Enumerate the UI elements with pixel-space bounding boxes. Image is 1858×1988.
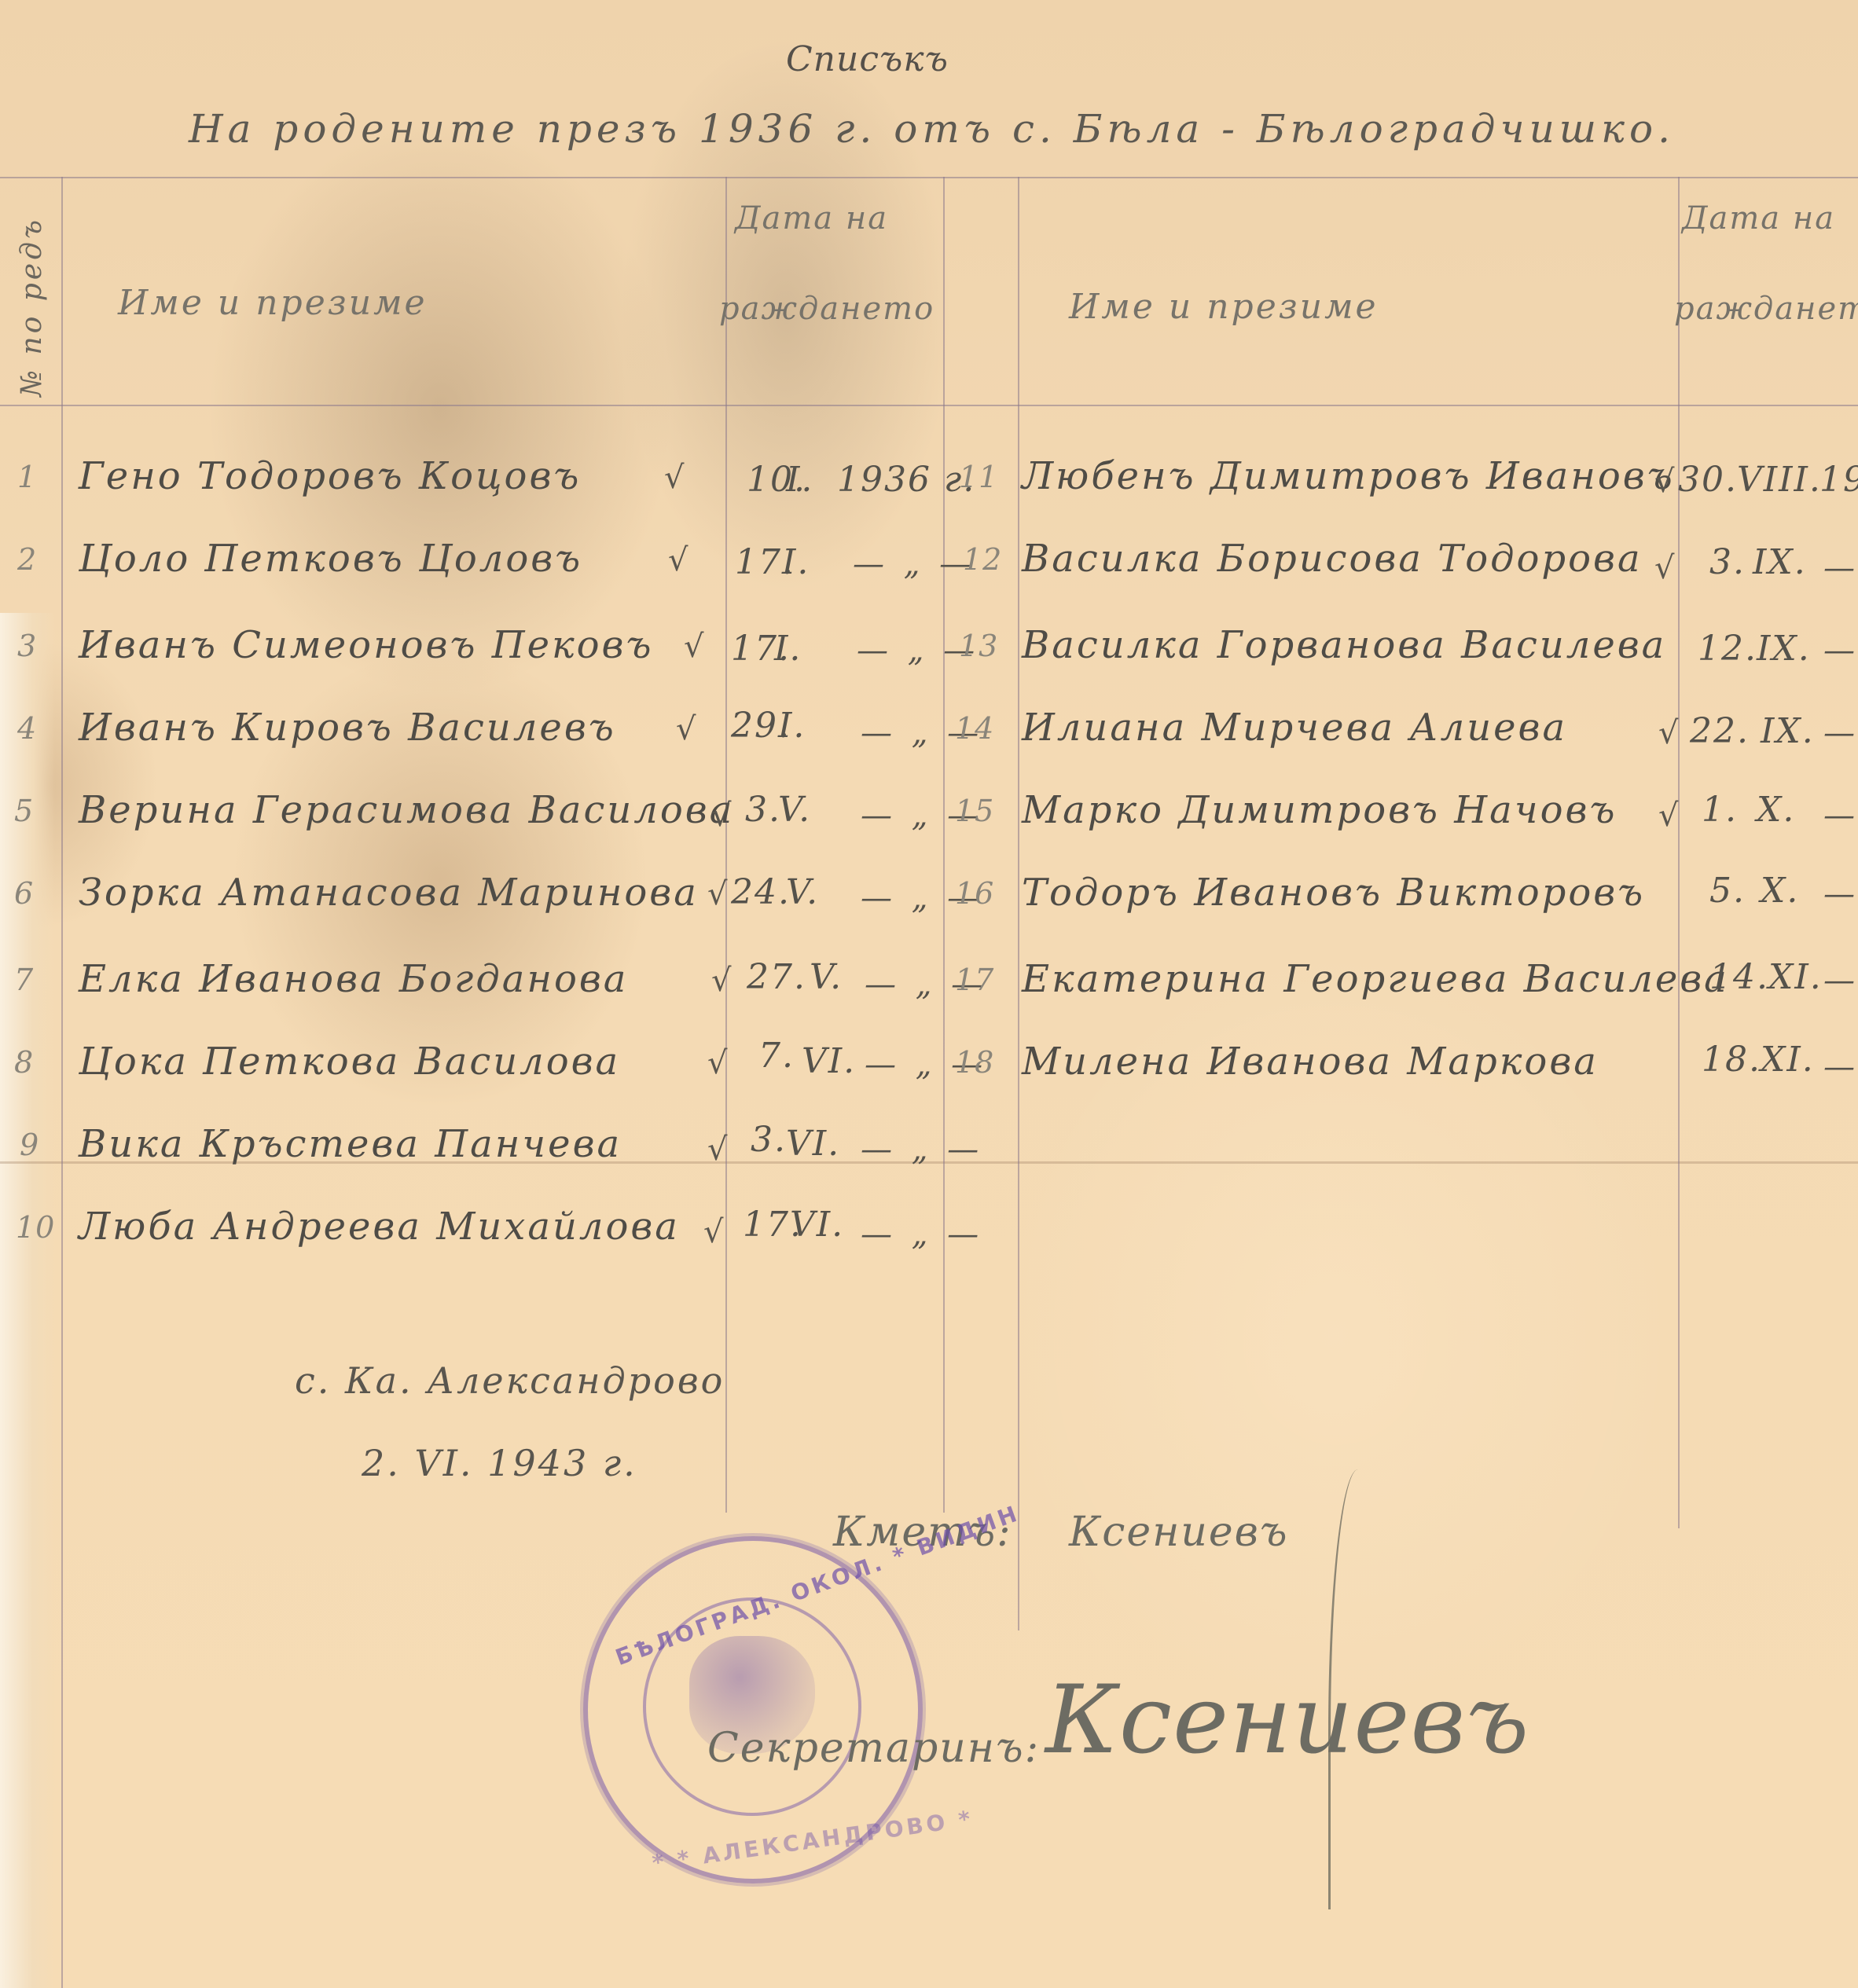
- birth-year-ditto: — „ —: [861, 1132, 983, 1168]
- birth-month: IX.: [1757, 629, 1811, 669]
- row-name: Гено Тодоровъ Коцовъ: [79, 454, 581, 498]
- col-rule-date-right: [1678, 177, 1680, 1528]
- table-header-rule: [0, 405, 1858, 406]
- document-title: Списъкъ: [786, 39, 949, 79]
- header-row-number: № по редъ: [16, 217, 48, 397]
- row-number: 14: [955, 711, 994, 746]
- row-name: Люба Андреева Михайлова: [79, 1205, 680, 1249]
- row-number: 3: [17, 629, 37, 663]
- birth-year: 1936: [1819, 460, 1858, 500]
- row-number: 18: [955, 1045, 994, 1080]
- check-mark: √: [1658, 715, 1680, 751]
- check-mark: √: [676, 711, 697, 747]
- row-name: Цока Петкова Василова: [79, 1040, 620, 1084]
- row-name: Тодоръ Ивановъ Викторовъ: [1022, 871, 1645, 915]
- col-rule-number: [61, 177, 63, 1988]
- table-top-rule: [0, 177, 1858, 178]
- row-name: Екатерина Георгиева Василева: [1022, 957, 1729, 1001]
- check-mark: √: [707, 1045, 729, 1081]
- birth-day: 30.: [1678, 460, 1738, 500]
- birth-year-ditto: — „ —: [1823, 550, 1858, 586]
- row-name: Милена Иванова Маркова: [1022, 1040, 1599, 1084]
- col-rule-date-left: [943, 177, 945, 1513]
- header-date-right-1: Дата на: [1682, 200, 1835, 237]
- birth-day: 7.: [758, 1036, 795, 1076]
- birth-month: V.: [786, 872, 819, 912]
- birth-month: VI.: [790, 1205, 844, 1245]
- row-number: 4: [17, 711, 37, 746]
- row-number: 6: [14, 876, 34, 911]
- row-number: 17: [955, 963, 994, 997]
- birth-year-ditto: — „ —: [861, 1216, 983, 1253]
- row-number: 15: [955, 794, 994, 828]
- birth-month: VI.: [802, 1041, 856, 1081]
- header-date-left-2: раждането: [719, 291, 935, 327]
- row-name: Елка Иванова Богданова: [79, 957, 628, 1001]
- birth-month: XI.: [1761, 1040, 1815, 1080]
- row-name: Верина Герасимова Василова: [79, 788, 734, 832]
- header-name-left: Име и презиме: [118, 283, 428, 323]
- mayor-signature: Ксениевъ: [1069, 1509, 1289, 1556]
- row-number: 16: [955, 876, 994, 911]
- check-mark: √: [1654, 464, 1676, 500]
- check-mark: √: [707, 876, 729, 912]
- row-name: Цоло Петковъ Цоловъ: [79, 537, 582, 581]
- birth-year-ditto: — „ —: [1823, 963, 1858, 999]
- birth-year-ditto: — „ —: [1823, 715, 1858, 751]
- row-number: 5: [14, 794, 34, 828]
- row-number: 9: [20, 1128, 39, 1162]
- birth-day: 3.: [745, 790, 781, 830]
- row-name: Илиана Мирчева Алиева: [1022, 706, 1567, 750]
- birth-day: 18.: [1702, 1040, 1761, 1080]
- row-name: Иванъ Симеоновъ Пековъ: [79, 623, 653, 667]
- header-date-right-2: раждането: [1674, 291, 1858, 327]
- birth-year-ditto: — „ —: [1823, 1049, 1858, 1085]
- check-mark: √: [711, 798, 733, 834]
- check-mark: √: [1654, 550, 1676, 586]
- row-number: 2: [17, 542, 37, 577]
- header-name-right: Име и презиме: [1069, 287, 1379, 327]
- check-mark: √: [664, 460, 685, 496]
- birth-day: 12.: [1698, 629, 1757, 669]
- check-mark: √: [668, 542, 689, 578]
- birth-year-ditto: — „ —: [1823, 633, 1858, 669]
- birth-month: X.: [1761, 871, 1799, 911]
- birth-day: 1.: [1702, 790, 1738, 830]
- row-name: Зорка Атанасова Маринова: [79, 871, 699, 915]
- row-number: 7: [14, 963, 34, 997]
- birth-month: XI.: [1768, 957, 1823, 997]
- secretary-signature: Ксениевъ: [1045, 1666, 1529, 1775]
- birth-month: I.: [778, 706, 806, 746]
- birth-day: 22.: [1690, 711, 1750, 751]
- issue-date: 2. VI. 1943 г.: [362, 1442, 637, 1484]
- birth-month: IX.: [1761, 711, 1815, 751]
- birth-month: V.: [778, 790, 811, 830]
- stamp-bottom-text: * * АЛЕКСАНДРОВО *: [651, 1805, 975, 1876]
- row-number: 11: [959, 460, 998, 494]
- birth-month: I.: [782, 542, 810, 582]
- issue-place: с. Ка. Александрово: [295, 1359, 725, 1402]
- check-mark: √: [711, 963, 733, 999]
- col-rule-number-right: [1018, 177, 1019, 1630]
- official-stamp: БѢЛОГРАД. ОКОЛ. * ВИДИН * * АЛЕКСАНДРОВО…: [583, 1536, 923, 1883]
- check-mark: √: [684, 629, 705, 665]
- birth-month: VI.: [786, 1124, 840, 1164]
- check-mark: √: [707, 1132, 729, 1168]
- birth-day: 3.: [1709, 542, 1746, 582]
- document-page: Списъкъ На родените презъ 1936 г. отъ с.…: [0, 0, 1858, 1988]
- birth-year-ditto: — „ —: [1823, 798, 1858, 834]
- birth-month: I.: [774, 629, 802, 669]
- row-name: Иванъ Кировъ Василевъ: [79, 706, 616, 750]
- check-mark: √: [1658, 798, 1680, 834]
- birth-day: 5.: [1709, 871, 1746, 911]
- row-number: 12: [963, 542, 1002, 577]
- secretary-label: Секретаринъ:: [707, 1725, 1040, 1772]
- row-number: 10: [16, 1210, 55, 1245]
- birth-month: I.: [786, 460, 813, 500]
- birth-day: 3.: [751, 1120, 787, 1160]
- row-name: Любенъ Димитровъ Ивановъ: [1022, 454, 1675, 498]
- row-number: 13: [959, 629, 998, 663]
- birth-year: 1936 г.: [837, 460, 975, 500]
- birth-month: V.: [810, 957, 843, 997]
- birth-year-ditto: — „ —: [1823, 876, 1858, 912]
- birth-month: IX.: [1753, 542, 1807, 582]
- birth-month: X.: [1757, 790, 1795, 830]
- birth-day: 24.: [731, 872, 791, 912]
- row-name: Марко Димитровъ Начовъ: [1022, 788, 1617, 832]
- row-name: Василка Горванова Василева: [1022, 623, 1666, 667]
- col-rule-name-left: [725, 177, 727, 1513]
- document-subtitle: На родените презъ 1936 г. отъ с. Бѣла - …: [189, 106, 1675, 152]
- row-number: 8: [14, 1045, 34, 1080]
- birth-day: 27.: [747, 957, 806, 997]
- birth-month: VIII.: [1737, 460, 1822, 500]
- check-mark: √: [703, 1214, 725, 1250]
- row-number: 1: [17, 460, 37, 494]
- birth-year-ditto: — „ —: [853, 546, 975, 582]
- row-name: Вика Кръстева Панчева: [79, 1122, 622, 1166]
- header-date-left-1: Дата на: [735, 200, 888, 237]
- row-name: Василка Борисова Тодорова: [1022, 537, 1643, 581]
- birth-day: 14.: [1709, 957, 1769, 997]
